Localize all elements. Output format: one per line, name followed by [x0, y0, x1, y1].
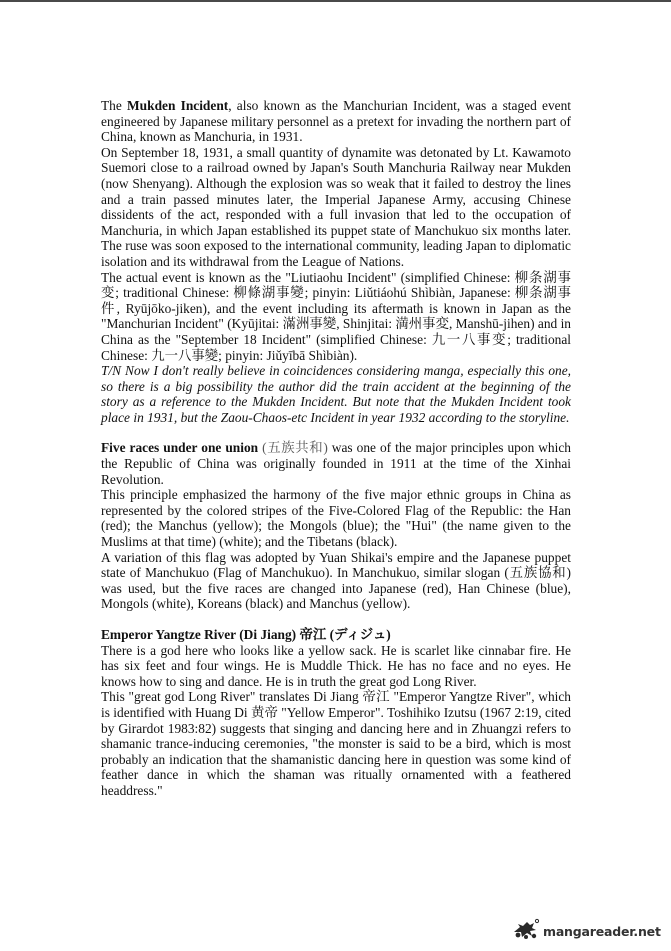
section-mukden-incident: The Mukden Incident, also known as the M… — [101, 98, 571, 425]
translator-note: T/N Now I don't really believe in coinci… — [101, 363, 571, 425]
cjk-term: (五族共和) — [258, 440, 328, 455]
watermark: mangareader.net — [512, 918, 661, 945]
paragraph-mukden-intro: The Mukden Incident, also known as the M… — [101, 98, 571, 145]
paragraph-five-races-intro: Five races under one union (五族共和) was on… — [101, 440, 571, 487]
heading-di-jiang: Emperor Yangtze River (Di Jiang) 帝江 (ディジ… — [101, 627, 571, 643]
section-spacer — [101, 612, 571, 627]
section-spacer — [101, 425, 571, 440]
watermark-text: mangareader.net — [543, 924, 661, 939]
text-span: The — [101, 98, 127, 113]
paragraph-mukden-event: On September 18, 1931, a small quantity … — [101, 145, 571, 270]
paragraph-di-jiang-description: There is a god here who looks like a yel… — [101, 643, 571, 690]
paragraph-five-races-manchukuo: A variation of this flag was adopted by … — [101, 550, 571, 612]
document-page: The Mukden Incident, also known as the M… — [101, 98, 571, 799]
paragraph-five-races-flag: This principle emphasized the harmony of… — [101, 487, 571, 549]
section-five-races: Five races under one union (五族共和) was on… — [101, 440, 571, 612]
section-di-jiang: Emperor Yangtze River (Di Jiang) 帝江 (ディジ… — [101, 627, 571, 799]
paragraph-di-jiang-commentary: This "great god Long River" translates D… — [101, 689, 571, 798]
paragraph-mukden-names: The actual event is known as the "Liutia… — [101, 270, 571, 364]
term-five-races: Five races under one union — [101, 440, 258, 455]
term-mukden-incident: Mukden Incident — [127, 98, 228, 113]
mangareader-logo-icon — [512, 918, 540, 945]
